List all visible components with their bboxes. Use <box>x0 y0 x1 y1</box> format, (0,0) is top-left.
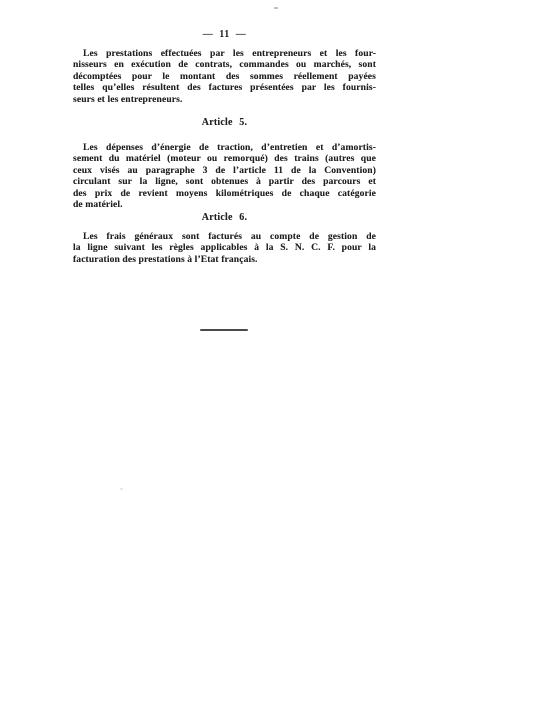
text-line: Les dépenses d’énergie de traction, d’en… <box>73 142 376 153</box>
paragraph-article-5: Les dépenses d’énergie de traction, d’en… <box>73 142 376 210</box>
scan-artifact-speck <box>274 7 278 9</box>
text-line: seurs et les entrepreneurs. <box>73 94 376 105</box>
text-line: sement du matériel (moteur ou remorqué) … <box>73 153 376 164</box>
paragraph-intro: Les prestations effectuées par les entre… <box>73 48 376 105</box>
heading-article-6: Article 6. <box>73 212 376 223</box>
text-line: Les prestations effectuées par les entre… <box>73 48 376 59</box>
text-line: la ligne suivant les règles applicables … <box>73 242 376 253</box>
heading-article-5: Article 5. <box>73 117 376 128</box>
text-line: décomptées pour le montant des sommes ré… <box>73 71 376 82</box>
document-page: — 11 — Les prestations effectuées par le… <box>0 0 543 724</box>
text-line: Les frais généraux sont facturés au comp… <box>73 231 376 242</box>
scan-artifact-speck <box>120 488 123 490</box>
text-line: des prix de revient moyens kilométriques… <box>73 188 376 199</box>
text-line: telles qu’elles résultent des factures p… <box>73 82 376 93</box>
page-number: — 11 — <box>73 29 376 40</box>
section-end-divider <box>200 329 248 331</box>
paragraph-article-6: Les frais généraux sont facturés au comp… <box>73 231 376 265</box>
text-line: nisseurs en exécution de contrats, comma… <box>73 59 376 70</box>
text-line: de matériel. <box>73 199 376 210</box>
text-line: circulant sur la ligne, sont obtenues à … <box>73 176 376 187</box>
text-line: ceux visés au paragraphe 3 de l’article … <box>73 165 376 176</box>
text-line: facturation des prestations à l’Etat fra… <box>73 254 376 265</box>
